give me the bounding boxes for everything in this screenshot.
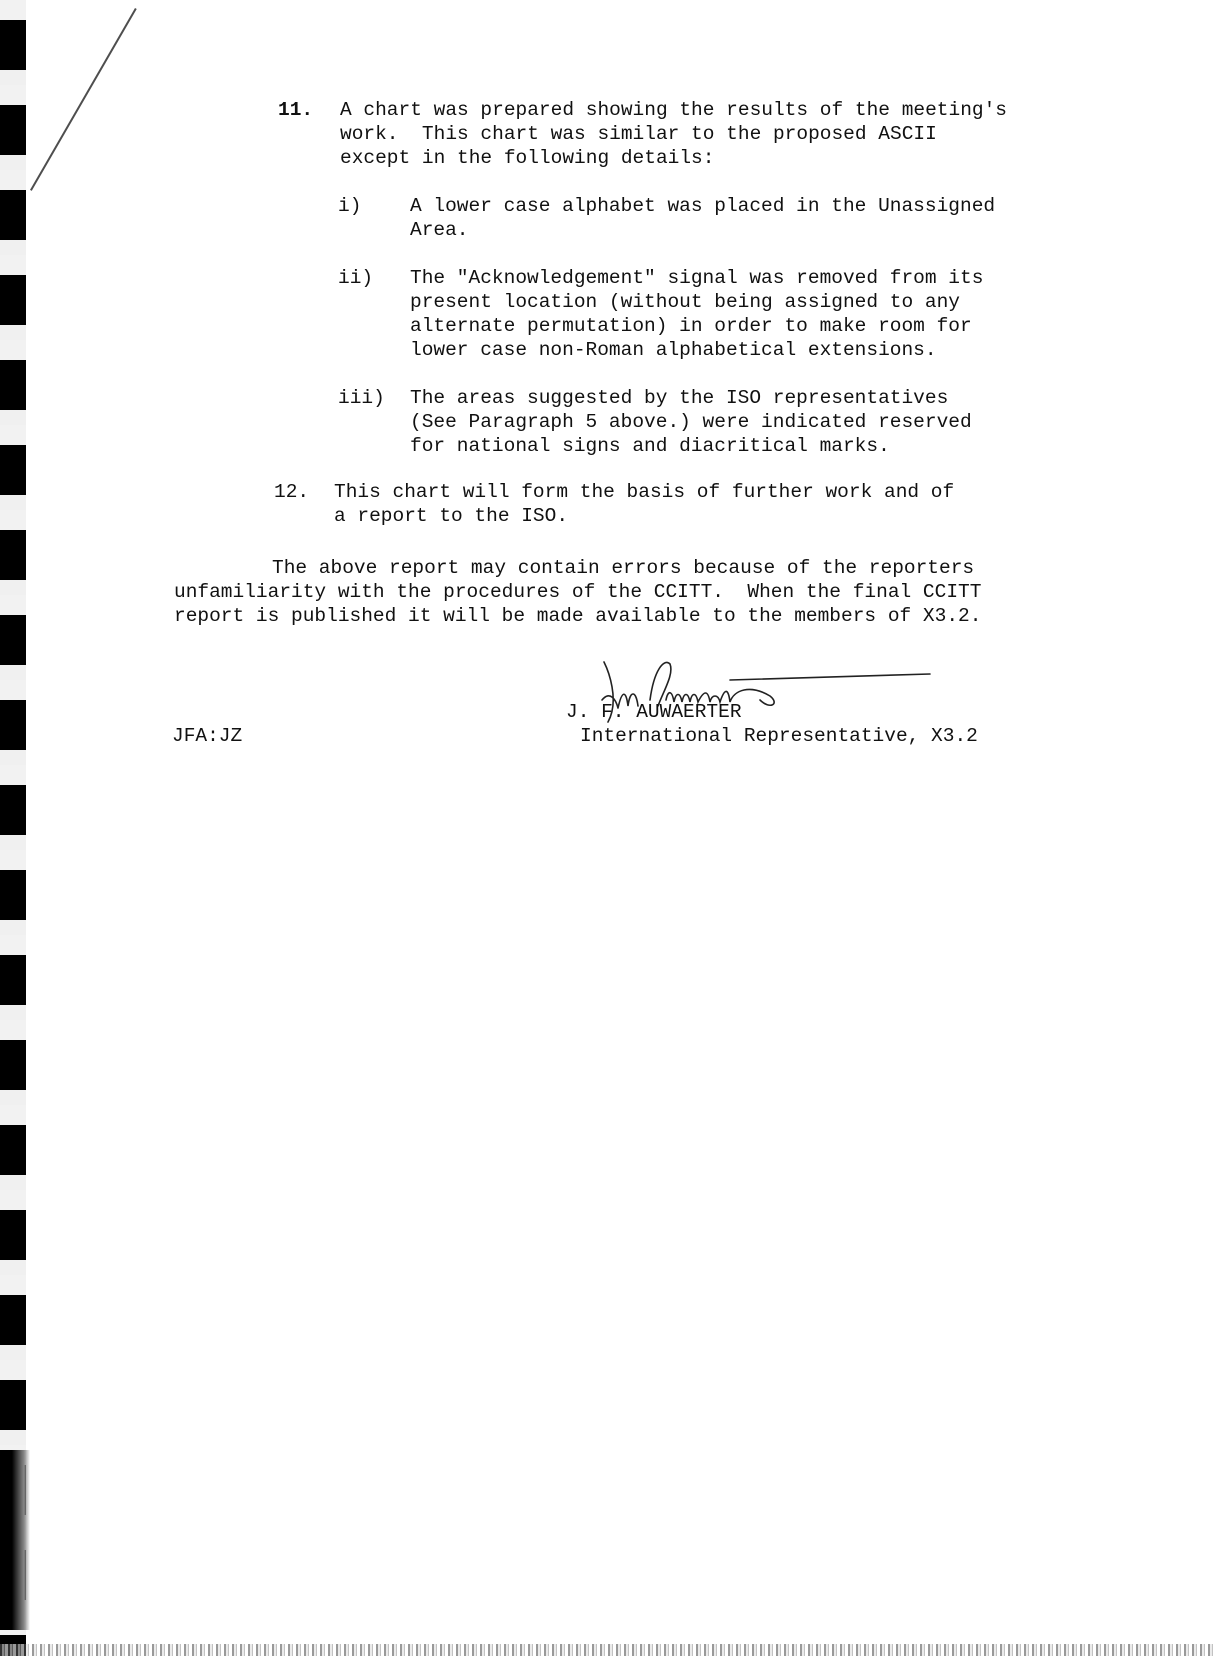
- subitem-iii-label: iii): [338, 386, 385, 410]
- subitem-ii-line-4: lower case non-Roman alphabetical extens…: [410, 338, 937, 362]
- item-12-line-1: This chart will form the basis of furthe…: [334, 480, 954, 504]
- subitem-i-label: i): [338, 194, 361, 218]
- closing-line-2: unfamiliarity with the procedures of the…: [174, 580, 981, 604]
- fold-mark: [30, 8, 137, 191]
- subitem-ii-line-1: The "Acknowledgement" signal was removed…: [410, 266, 983, 290]
- subitem-iii-line-1: The areas suggested by the ISO represent…: [410, 386, 948, 410]
- subitem-ii-line-2: present location (without being assigned…: [410, 290, 960, 314]
- subitem-iii-line-3: for national signs and diacritical marks…: [410, 434, 890, 458]
- binding-edge: [0, 0, 26, 1656]
- item-11-line-2: work. This chart was similar to the prop…: [340, 122, 937, 146]
- closing-line-1: The above report may contain errors beca…: [272, 556, 974, 580]
- item-11-number: 11.: [278, 98, 313, 122]
- signature-title: International Representative, X3.2: [580, 724, 978, 748]
- subitem-ii-label: ii): [338, 266, 373, 290]
- item-11-line-3: except in the following details:: [340, 146, 714, 170]
- subitem-i-line-2: Area.: [410, 218, 469, 242]
- item-11-line-1: A chart was prepared showing the results…: [340, 98, 1007, 122]
- reference-initials: JFA:JZ: [172, 724, 242, 748]
- subitem-ii-line-3: alternate permutation) in order to make …: [410, 314, 972, 338]
- closing-line-3: report is published it will be made avai…: [174, 604, 981, 628]
- subitem-i-line-1: A lower case alphabet was placed in the …: [410, 194, 995, 218]
- subitem-iii-line-2: (See Paragraph 5 above.) were indicated …: [410, 410, 972, 434]
- scan-artifact-strip: [0, 1644, 1216, 1656]
- item-12-line-2: a report to the ISO.: [334, 504, 568, 528]
- signature-name: J. F. AUWAERTER: [566, 700, 742, 724]
- item-12-number: 12.: [274, 480, 309, 504]
